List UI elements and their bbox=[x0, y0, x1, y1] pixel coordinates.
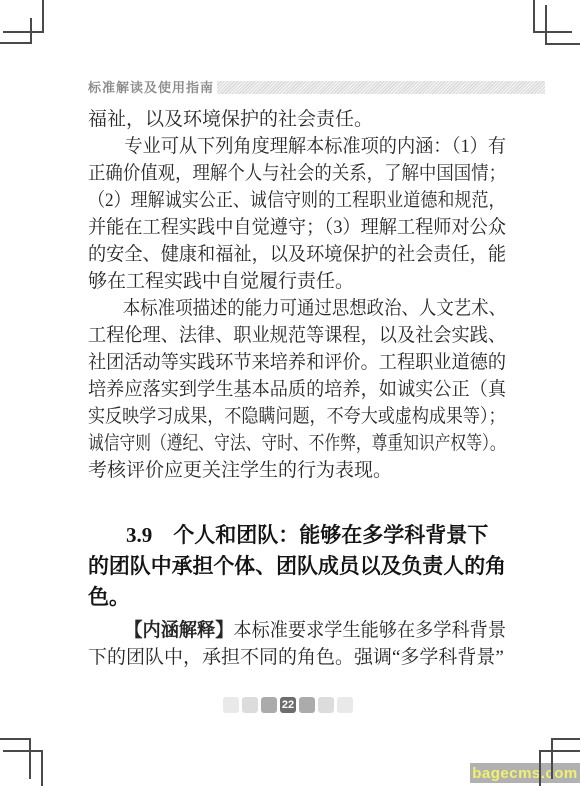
bold-label: 【内涵解释】 bbox=[124, 620, 233, 641]
text-line: 福祉，以及环境保护的社会责任。 bbox=[88, 106, 506, 133]
page-number-square bbox=[261, 697, 277, 713]
line-text: 本标准要求学生能够在多学科背景 bbox=[233, 620, 506, 641]
paragraph: 【内涵解释】本标准要求学生能够在多学科背景下的团队中，承担不同的角色。强调“多学… bbox=[88, 617, 506, 671]
document-page: 标准解读及使用指南 福祉，以及环境保护的社会责任。专业可从下列角度理解本标准项的… bbox=[0, 0, 580, 786]
page-number-square bbox=[242, 697, 258, 713]
page-number: 22 bbox=[282, 700, 294, 711]
text-line: 实反映学习成果，不隐瞒问题，不夸大或虚构成果等）； bbox=[88, 403, 463, 430]
text-line: （2）理解诚实公正、诚信守则的工程职业道德和规范， bbox=[88, 187, 463, 214]
running-header-title: 标准解读及使用指南 bbox=[88, 77, 214, 96]
page-number-bar: 22 bbox=[223, 697, 353, 713]
text-line: 色。 bbox=[88, 582, 506, 613]
text-line: 够在工程实践中自觉履行责任。 bbox=[88, 268, 506, 295]
crop-mark-bottom-right-inner bbox=[551, 738, 580, 779]
page-number-square bbox=[318, 697, 334, 713]
text-line: 下的团队中，承担不同的角色。强调“多学科背景” bbox=[88, 644, 506, 671]
text-line: 培养应落实到学生基本品质的培养，如诚实公正（真 bbox=[88, 376, 488, 403]
section-heading: 3.9 个人和团队：能够在多学科背景下的团队中承担个体、团队成员以及负责人的角色… bbox=[88, 520, 506, 613]
page-number-square-current: 22 bbox=[280, 697, 296, 713]
crop-mark-top-right-inner bbox=[545, 5, 580, 45]
text-line: 3.9 个人和团队：能够在多学科背景下 bbox=[88, 520, 506, 551]
text-line: 的团队中承担个体、团队成员以及负责人的角 bbox=[88, 551, 504, 582]
text-column: 福祉，以及环境保护的社会责任。专业可从下列角度理解本标准项的内涵：（1）有正确价… bbox=[88, 106, 506, 671]
text-line: 诚信守则（遵纪、守法、守时、不作弊，尊重知识产权等）。 bbox=[88, 430, 435, 457]
header-hatch-band bbox=[217, 81, 545, 94]
crop-mark-bottom-left-inner bbox=[0, 738, 31, 779]
paragraph: 本标准项描述的能力可通过思想政治、人文艺术、工程伦理、法律、职业规范等课程，以及… bbox=[88, 295, 506, 484]
paragraph: 专业可从下列角度理解本标准项的内涵：（1）有正确价值观，理解个人与社会的关系，了… bbox=[88, 133, 506, 295]
text-line: 的安全、健康和福祉，以及环境保护的社会责任，能 bbox=[88, 241, 488, 268]
text-line: 本标准项描述的能力可通过思想政治、人文艺术、 bbox=[88, 295, 471, 322]
text-line: 专业可从下列角度理解本标准项的内涵：（1）有 bbox=[88, 133, 488, 160]
text-line: 正确价值观，理解个人与社会的关系，了解中国国情； bbox=[88, 160, 471, 187]
page-number-square bbox=[299, 697, 315, 713]
page-number-square bbox=[337, 697, 353, 713]
text-line: 【内涵解释】本标准要求学生能够在多学科背景 bbox=[88, 617, 488, 644]
text-line: 工程伦理、法律、职业规范等课程，以及社会实践、 bbox=[88, 322, 488, 349]
page-number-square bbox=[223, 697, 239, 713]
text-line: 考核评价应更关注学生的行为表现。 bbox=[88, 457, 506, 484]
crop-mark-top-left-inner bbox=[0, 18, 32, 44]
paragraph: 福祉，以及环境保护的社会责任。 bbox=[88, 106, 506, 133]
text-line: 并能在工程实践中自觉遵守；（3）理解工程师对公众 bbox=[88, 214, 488, 241]
text-line: 社团活动等实践环节来培养和评价。工程职业道德的 bbox=[88, 349, 488, 376]
